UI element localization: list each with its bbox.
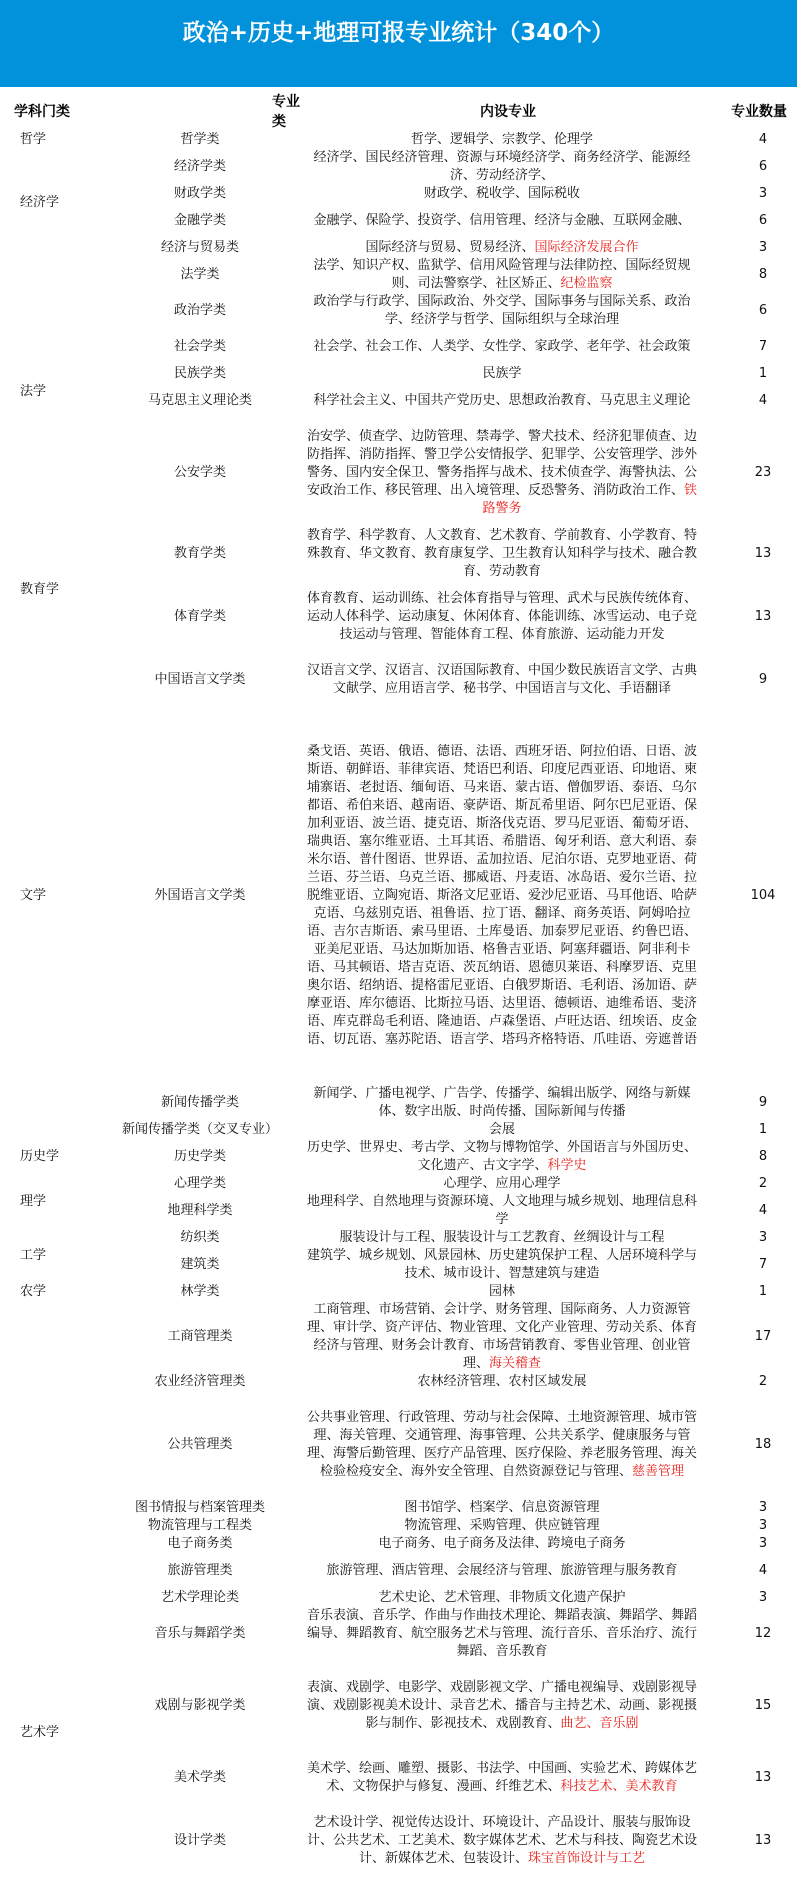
table-row: 图书情报与档案管理类图书馆学、档案学、信息资源管理3 (0, 1499, 797, 1517)
discipline-cell-empty (0, 1301, 97, 1373)
table-row: 农业经济管理类农林经济管理、农村区域发展2 (0, 1373, 797, 1391)
count-cell: 3 (713, 239, 797, 257)
count-cell: 1 (713, 365, 797, 383)
category-cell: 马克思主义理论类 (97, 383, 303, 419)
count-cell: 3 (713, 1499, 797, 1517)
table-row: 工学纺织类服装设计与工程、服装设计与工艺教育、丝绸设计与工程3 (0, 1229, 797, 1247)
majors-cell: 国际经济与贸易、贸易经济、国际经济发展合作 (303, 239, 713, 257)
discipline-cell: 教育学 (0, 527, 97, 653)
majors-cell: 经济学、国民经济管理、资源与环境经济学、商务经济学、能源经济、劳动经济学、 (303, 149, 713, 185)
majors-table: 学科门类 专业类 内设专业 专业数量 哲学哲学类哲学、逻辑学、宗教学、伦理学4经… (0, 87, 797, 1877)
majors-cell: 园林 (303, 1283, 713, 1301)
category-cell: 教育学类 (97, 527, 303, 581)
count-cell: 1 (713, 1121, 797, 1139)
discipline-cell: 哲学 (0, 131, 97, 149)
table-row: 农学林学类园林1 (0, 1283, 797, 1301)
majors-text: 会展 (489, 1122, 515, 1137)
majors-cell: 教育学、科学教育、人文教育、艺术教育、学前教育、小学教育、特殊教育、华文教育、教… (303, 527, 713, 581)
count-cell: 4 (713, 131, 797, 149)
majors-text: 图书馆学、档案学、信息资源管理 (404, 1500, 599, 1515)
new-major-highlight: 慈善管理 (632, 1464, 684, 1479)
count-cell: 18 (713, 1391, 797, 1499)
table-row: 音乐与舞蹈学类音乐表演、音乐学、作曲与作曲技术理论、舞蹈表演、舞蹈学、舞蹈编导、… (0, 1607, 797, 1661)
category-cell: 民族学类 (97, 365, 303, 383)
category-cell: 哲学类 (97, 131, 303, 149)
discipline-cell-empty (0, 1373, 97, 1391)
category-cell: 法学类 (97, 257, 303, 293)
majors-cell: 历史学、世界史、考古学、文物与博物馆学、外国语言与外国历史、文化遗产、古文字学、… (303, 1139, 713, 1175)
count-cell: 8 (713, 257, 797, 293)
majors-text: 治安学、侦查学、边防管理、禁毒学、警犬技术、经济犯罪侦查、边防指挥、消防指挥、警… (307, 429, 697, 498)
count-cell: 9 (713, 1085, 797, 1121)
discipline-cell-empty (0, 1517, 97, 1535)
table-row: 历史学历史学类历史学、世界史、考古学、文物与博物馆学、外国语言与外国历史、文化遗… (0, 1139, 797, 1175)
table-row: 理学心理学类心理学、应用心理学2 (0, 1175, 797, 1193)
category-cell: 电子商务类 (97, 1535, 303, 1553)
majors-text: 教育学、科学教育、人文教育、艺术教育、学前教育、小学教育、特殊教育、华文教育、教… (307, 528, 697, 579)
table-row: 建筑类建筑学、城乡规划、风景园林、历史建筑保护工程、人居环境科学与技术、城市设计… (0, 1247, 797, 1283)
majors-text: 电子商务、电子商务及法律、跨境电子商务 (378, 1536, 625, 1551)
table-row: 外国语言文学类桑戈语、英语、俄语、德语、法语、西班牙语、阿拉伯语、日语、波斯语、… (0, 707, 797, 1085)
majors-cell: 艺术史论、艺术管理、非物质文化遗产保护 (303, 1589, 713, 1607)
category-cell: 戏剧与影视学类 (97, 1661, 303, 1751)
category-cell: 政治学类 (97, 293, 303, 329)
table-row: 旅游管理类旅游管理、酒店管理、会展经济与管理、旅游管理与服务教育4 (0, 1553, 797, 1589)
count-cell: 7 (713, 329, 797, 365)
header-category: 专业类 (97, 87, 303, 131)
category-cell: 物流管理与工程类 (97, 1517, 303, 1535)
count-cell: 17 (713, 1301, 797, 1373)
category-cell: 艺术学理论类 (97, 1589, 303, 1607)
majors-cell: 科学社会主义、中国共产党历史、思想政治教育、马克思主义理论 (303, 383, 713, 419)
count-cell: 12 (713, 1607, 797, 1661)
majors-text: 农林经济管理、农村区域发展 (417, 1374, 586, 1389)
majors-cell: 农林经济管理、农村区域发展 (303, 1373, 713, 1391)
majors-text: 体育教育、运动训练、社会体育指导与管理、武术与民族传统体育、运动人体科学、运动康… (307, 591, 697, 642)
table-row: 体育学类体育教育、运动训练、社会体育指导与管理、武术与民族传统体育、运动人体科学… (0, 581, 797, 653)
category-cell: 体育学类 (97, 581, 303, 653)
majors-text: 物流管理、采购管理、供应链管理 (404, 1518, 599, 1533)
new-major-highlight: 珠宝首饰设计与工艺 (528, 1851, 645, 1866)
count-cell: 3 (713, 1535, 797, 1553)
table-row: 新闻传播学类新闻学、广播电视学、广告学、传播学、编辑出版学、网络与新媒体、数字出… (0, 1085, 797, 1121)
majors-text: 经济学、国民经济管理、资源与环境经济学、商务经济学、能源经济、劳动经济学、 (313, 150, 690, 183)
count-cell: 3 (713, 1517, 797, 1535)
majors-text: 哲学、逻辑学、宗教学、伦理学 (411, 132, 593, 147)
majors-cell: 社会学、社会工作、人类学、女性学、家政学、老年学、社会政策 (303, 329, 713, 365)
discipline-cell: 农学 (0, 1283, 97, 1301)
category-cell: 中国语言文学类 (97, 653, 303, 707)
category-cell: 设计学类 (97, 1805, 303, 1877)
count-cell: 4 (713, 1193, 797, 1229)
majors-cell: 旅游管理、酒店管理、会展经济与管理、旅游管理与服务教育 (303, 1553, 713, 1589)
count-cell: 4 (713, 1553, 797, 1589)
majors-cell: 艺术设计学、视觉传达设计、环境设计、产品设计、服装与服饰设计、公共艺术、工艺美术… (303, 1805, 713, 1877)
new-major-highlight: 国际经济发展合作 (535, 240, 639, 255)
majors-cell: 物流管理、采购管理、供应链管理 (303, 1517, 713, 1535)
table-row: 教育学教育学类教育学、科学教育、人文教育、艺术教育、学前教育、小学教育、特殊教育… (0, 527, 797, 581)
majors-cell: 电子商务、电子商务及法律、跨境电子商务 (303, 1535, 713, 1553)
count-cell: 1 (713, 1283, 797, 1301)
table-row: 民族学类民族学1 (0, 365, 797, 383)
new-major-highlight: 科技艺术、美术教育 (561, 1779, 678, 1794)
majors-cell: 汉语言文学、汉语言、汉语国际教育、中国少数民族语言文学、古典文献学、应用语言学、… (303, 653, 713, 707)
majors-text: 园林 (489, 1284, 515, 1299)
count-cell: 3 (713, 185, 797, 203)
majors-cell: 图书馆学、档案学、信息资源管理 (303, 1499, 713, 1517)
majors-text: 音乐表演、音乐学、作曲与作曲技术理论、舞蹈表演、舞蹈学、舞蹈编导、舞蹈教育、航空… (307, 1608, 697, 1659)
table-row: 艺术学艺术学理论类艺术史论、艺术管理、非物质文化遗产保护3 (0, 1589, 797, 1607)
category-cell: 外国语言文学类 (97, 707, 303, 1085)
table-row: 马克思主义理论类科学社会主义、中国共产党历史、思想政治教育、马克思主义理论4 (0, 383, 797, 419)
majors-text: 汉语言文学、汉语言、汉语国际教育、中国少数民族语言文学、古典文献学、应用语言学、… (307, 663, 697, 696)
majors-cell: 哲学、逻辑学、宗教学、伦理学 (303, 131, 713, 149)
majors-text: 心理学、应用心理学 (443, 1176, 560, 1191)
table-row: 经济与贸易类国际经济与贸易、贸易经济、国际经济发展合作3 (0, 239, 797, 257)
category-cell: 社会学类 (97, 329, 303, 365)
discipline-cell-empty (0, 1553, 97, 1589)
table-row: 地理科学类地理科学、自然地理与资源环境、人文地理与城乡规划、地理信息科学4 (0, 1193, 797, 1229)
majors-text: 艺术史论、艺术管理、非物质文化遗产保护 (378, 1590, 625, 1605)
new-major-highlight: 纪检监察 (561, 276, 613, 291)
table-row: 戏剧与影视学类表演、戏剧学、电影学、戏剧影视文学、广播电视编导、戏剧影视导演、戏… (0, 1661, 797, 1751)
majors-text: 法学、知识产权、监狱学、信用风险管理与法律防控、国际经贸规则、司法警察学、社区矫… (313, 258, 690, 291)
count-cell: 13 (713, 581, 797, 653)
majors-cell: 体育教育、运动训练、社会体育指导与管理、武术与民族传统体育、运动人体科学、运动康… (303, 581, 713, 653)
majors-cell: 政治学与行政学、国际政治、外交学、国际事务与国际关系、政治学、经济学与哲学、国际… (303, 293, 713, 329)
category-cell: 心理学类 (97, 1175, 303, 1193)
new-major-highlight: 海关稽查 (489, 1356, 541, 1371)
count-cell: 2 (713, 1175, 797, 1193)
count-cell: 13 (713, 1805, 797, 1877)
discipline-cell: 法学 (0, 257, 97, 527)
majors-text: 政治学与行政学、国际政治、外交学、国际事务与国际关系、政治学、经济学与哲学、国际… (313, 294, 690, 327)
category-cell: 历史学类 (97, 1139, 303, 1175)
count-cell: 13 (713, 1751, 797, 1805)
count-cell: 3 (713, 1589, 797, 1607)
table-row: 公安学类治安学、侦查学、边防管理、禁毒学、警犬技术、经济犯罪侦查、边防指挥、消防… (0, 419, 797, 527)
category-cell: 农业经济管理类 (97, 1373, 303, 1391)
category-cell: 建筑类 (97, 1247, 303, 1283)
category-cell: 财政学类 (97, 185, 303, 203)
count-cell: 6 (713, 149, 797, 185)
header-discipline: 学科门类 (0, 87, 97, 131)
category-cell: 新闻传播学类（交叉专业） (97, 1121, 303, 1139)
category-cell: 公安学类 (97, 419, 303, 527)
majors-text: 金融学、保险学、投资学、信用管理、经济与金融、互联网金融、 (313, 213, 690, 228)
majors-cell: 法学、知识产权、监狱学、信用风险管理与法律防控、国际经贸规则、司法警察学、社区矫… (303, 257, 713, 293)
category-cell: 旅游管理类 (97, 1553, 303, 1589)
count-cell: 3 (713, 1229, 797, 1247)
table-row: 文学中国语言文学类汉语言文学、汉语言、汉语国际教育、中国少数民族语言文学、古典文… (0, 653, 797, 707)
category-cell: 图书情报与档案管理类 (97, 1499, 303, 1517)
table-row: 工商管理类工商管理、市场营销、会计学、财务管理、国际商务、人力资源管理、审计学、… (0, 1301, 797, 1373)
table-row: 物流管理与工程类物流管理、采购管理、供应链管理3 (0, 1517, 797, 1535)
majors-cell: 表演、戏剧学、电影学、戏剧影视文学、广播电视编导、戏剧影视导演、戏剧影视美术设计… (303, 1661, 713, 1751)
category-cell: 纺织类 (97, 1229, 303, 1247)
header-majors: 内设专业 (303, 87, 713, 131)
table-row: 美术学类美术学、绘画、雕塑、摄影、书法学、中国画、实验艺术、跨媒体艺术、文物保护… (0, 1751, 797, 1805)
table-row: 财政学类财政学、税收学、国际税收3 (0, 185, 797, 203)
count-cell: 9 (713, 653, 797, 707)
table-row: 哲学哲学类哲学、逻辑学、宗教学、伦理学4 (0, 131, 797, 149)
count-cell: 15 (713, 1661, 797, 1751)
majors-text: 旅游管理、酒店管理、会展经济与管理、旅游管理与服务教育 (326, 1563, 677, 1578)
discipline-cell: 艺术学 (0, 1589, 97, 1877)
discipline-cell: 经济学 (0, 149, 97, 257)
table-row: 设计学类艺术设计学、视觉传达设计、环境设计、产品设计、服装与服饰设计、公共艺术、… (0, 1805, 797, 1877)
discipline-cell-empty (0, 1499, 97, 1517)
category-cell: 音乐与舞蹈学类 (97, 1607, 303, 1661)
header-count: 专业数量 (713, 87, 797, 131)
category-cell: 公共管理类 (97, 1391, 303, 1499)
table-row: 法学法学类法学、知识产权、监狱学、信用风险管理与法律防控、国际经贸规则、司法警察… (0, 257, 797, 293)
table-row: 政治学类政治学与行政学、国际政治、外交学、国际事务与国际关系、政治学、经济学与哲… (0, 293, 797, 329)
majors-cell: 新闻学、广播电视学、广告学、传播学、编辑出版学、网络与新媒体、数字出版、时尚传播… (303, 1085, 713, 1121)
count-cell: 7 (713, 1247, 797, 1283)
category-cell: 经济与贸易类 (97, 239, 303, 257)
discipline-cell: 历史学 (0, 1139, 97, 1175)
count-cell: 13 (713, 527, 797, 581)
majors-text: 桑戈语、英语、俄语、德语、法语、西班牙语、阿拉伯语、日语、波斯语、朝鲜语、菲律宾… (307, 744, 697, 1047)
discipline-cell: 文学 (0, 653, 97, 1139)
majors-cell: 地理科学、自然地理与资源环境、人文地理与城乡规划、地理信息科学 (303, 1193, 713, 1229)
majors-text: 财政学、税收学、国际税收 (424, 186, 580, 201)
table-row: 公共管理类公共事业管理、行政管理、劳动与社会保障、土地资源管理、城市管理、海关管… (0, 1391, 797, 1499)
category-cell: 金融学类 (97, 203, 303, 239)
majors-cell: 会展 (303, 1121, 713, 1139)
discipline-cell-empty (0, 1391, 97, 1499)
table-row: 新闻传播学类（交叉专业）会展1 (0, 1121, 797, 1139)
majors-cell: 桑戈语、英语、俄语、德语、法语、西班牙语、阿拉伯语、日语、波斯语、朝鲜语、菲律宾… (303, 707, 713, 1085)
table-header-row: 学科门类 专业类 内设专业 专业数量 (0, 87, 797, 131)
table-row: 金融学类金融学、保险学、投资学、信用管理、经济与金融、互联网金融、6 (0, 203, 797, 239)
majors-cell: 金融学、保险学、投资学、信用管理、经济与金融、互联网金融、 (303, 203, 713, 239)
count-cell: 6 (713, 203, 797, 239)
majors-text: 新闻学、广播电视学、广告学、传播学、编辑出版学、网络与新媒体、数字出版、时尚传播… (313, 1086, 690, 1119)
majors-cell: 美术学、绘画、雕塑、摄影、书法学、中国画、实验艺术、跨媒体艺术、文物保护与修复、… (303, 1751, 713, 1805)
table-row: 电子商务类电子商务、电子商务及法律、跨境电子商务3 (0, 1535, 797, 1553)
category-cell: 工商管理类 (97, 1301, 303, 1373)
majors-cell: 工商管理、市场营销、会计学、财务管理、国际商务、人力资源管理、审计学、资产评估、… (303, 1301, 713, 1373)
majors-cell: 治安学、侦查学、边防管理、禁毒学、警犬技术、经济犯罪侦查、边防指挥、消防指挥、警… (303, 419, 713, 527)
majors-cell: 公共事业管理、行政管理、劳动与社会保障、土地资源管理、城市管理、海关管理、交通管… (303, 1391, 713, 1499)
count-cell: 4 (713, 383, 797, 419)
count-cell: 23 (713, 419, 797, 527)
majors-cell: 音乐表演、音乐学、作曲与作曲技术理论、舞蹈表演、舞蹈学、舞蹈编导、舞蹈教育、航空… (303, 1607, 713, 1661)
category-cell: 林学类 (97, 1283, 303, 1301)
majors-text: 国际经济与贸易、贸易经济、 (365, 240, 534, 255)
majors-cell: 财政学、税收学、国际税收 (303, 185, 713, 203)
majors-text: 服装设计与工程、服装设计与工艺教育、丝绸设计与工程 (339, 1230, 664, 1245)
table-row: 社会学类社会学、社会工作、人类学、女性学、家政学、老年学、社会政策7 (0, 329, 797, 365)
new-major-highlight: 曲艺、音乐剧 (561, 1716, 639, 1731)
count-cell: 2 (713, 1373, 797, 1391)
majors-text: 科学社会主义、中国共产党历史、思想政治教育、马克思主义理论 (313, 393, 690, 408)
category-cell: 经济学类 (97, 149, 303, 185)
majors-text: 社会学、社会工作、人类学、女性学、家政学、老年学、社会政策 (313, 339, 690, 354)
discipline-cell: 理学 (0, 1175, 97, 1229)
count-cell: 6 (713, 293, 797, 329)
title-banner: 政治+历史+地理可报专业统计（340个） (0, 0, 797, 87)
table-body: 哲学哲学类哲学、逻辑学、宗教学、伦理学4经济学经济学类经济学、国民经济管理、资源… (0, 131, 797, 1877)
majors-cell: 心理学、应用心理学 (303, 1175, 713, 1193)
table-row: 经济学经济学类经济学、国民经济管理、资源与环境经济学、商务经济学、能源经济、劳动… (0, 149, 797, 185)
category-cell: 地理科学类 (97, 1193, 303, 1229)
new-major-highlight: 科学史 (548, 1158, 587, 1173)
page-title: 政治+历史+地理可报专业统计（340个） (183, 14, 615, 47)
count-cell: 104 (713, 707, 797, 1085)
majors-text: 建筑学、城乡规划、风景园林、历史建筑保护工程、人居环境科学与技术、城市设计、智慧… (307, 1248, 697, 1281)
category-cell: 美术学类 (97, 1751, 303, 1805)
discipline-cell-empty (0, 1535, 97, 1553)
majors-cell: 服装设计与工程、服装设计与工艺教育、丝绸设计与工程 (303, 1229, 713, 1247)
category-cell: 新闻传播学类 (97, 1085, 303, 1121)
majors-text: 民族学 (482, 366, 521, 381)
count-cell: 8 (713, 1139, 797, 1175)
majors-cell: 建筑学、城乡规划、风景园林、历史建筑保护工程、人居环境科学与技术、城市设计、智慧… (303, 1247, 713, 1283)
majors-cell: 民族学 (303, 365, 713, 383)
majors-text: 地理科学、自然地理与资源环境、人文地理与城乡规划、地理信息科学 (307, 1194, 697, 1227)
majors-text: 历史学、世界史、考古学、文物与博物馆学、外国语言与外国历史、文化遗产、古文字学、 (307, 1140, 697, 1173)
discipline-cell: 工学 (0, 1229, 97, 1283)
